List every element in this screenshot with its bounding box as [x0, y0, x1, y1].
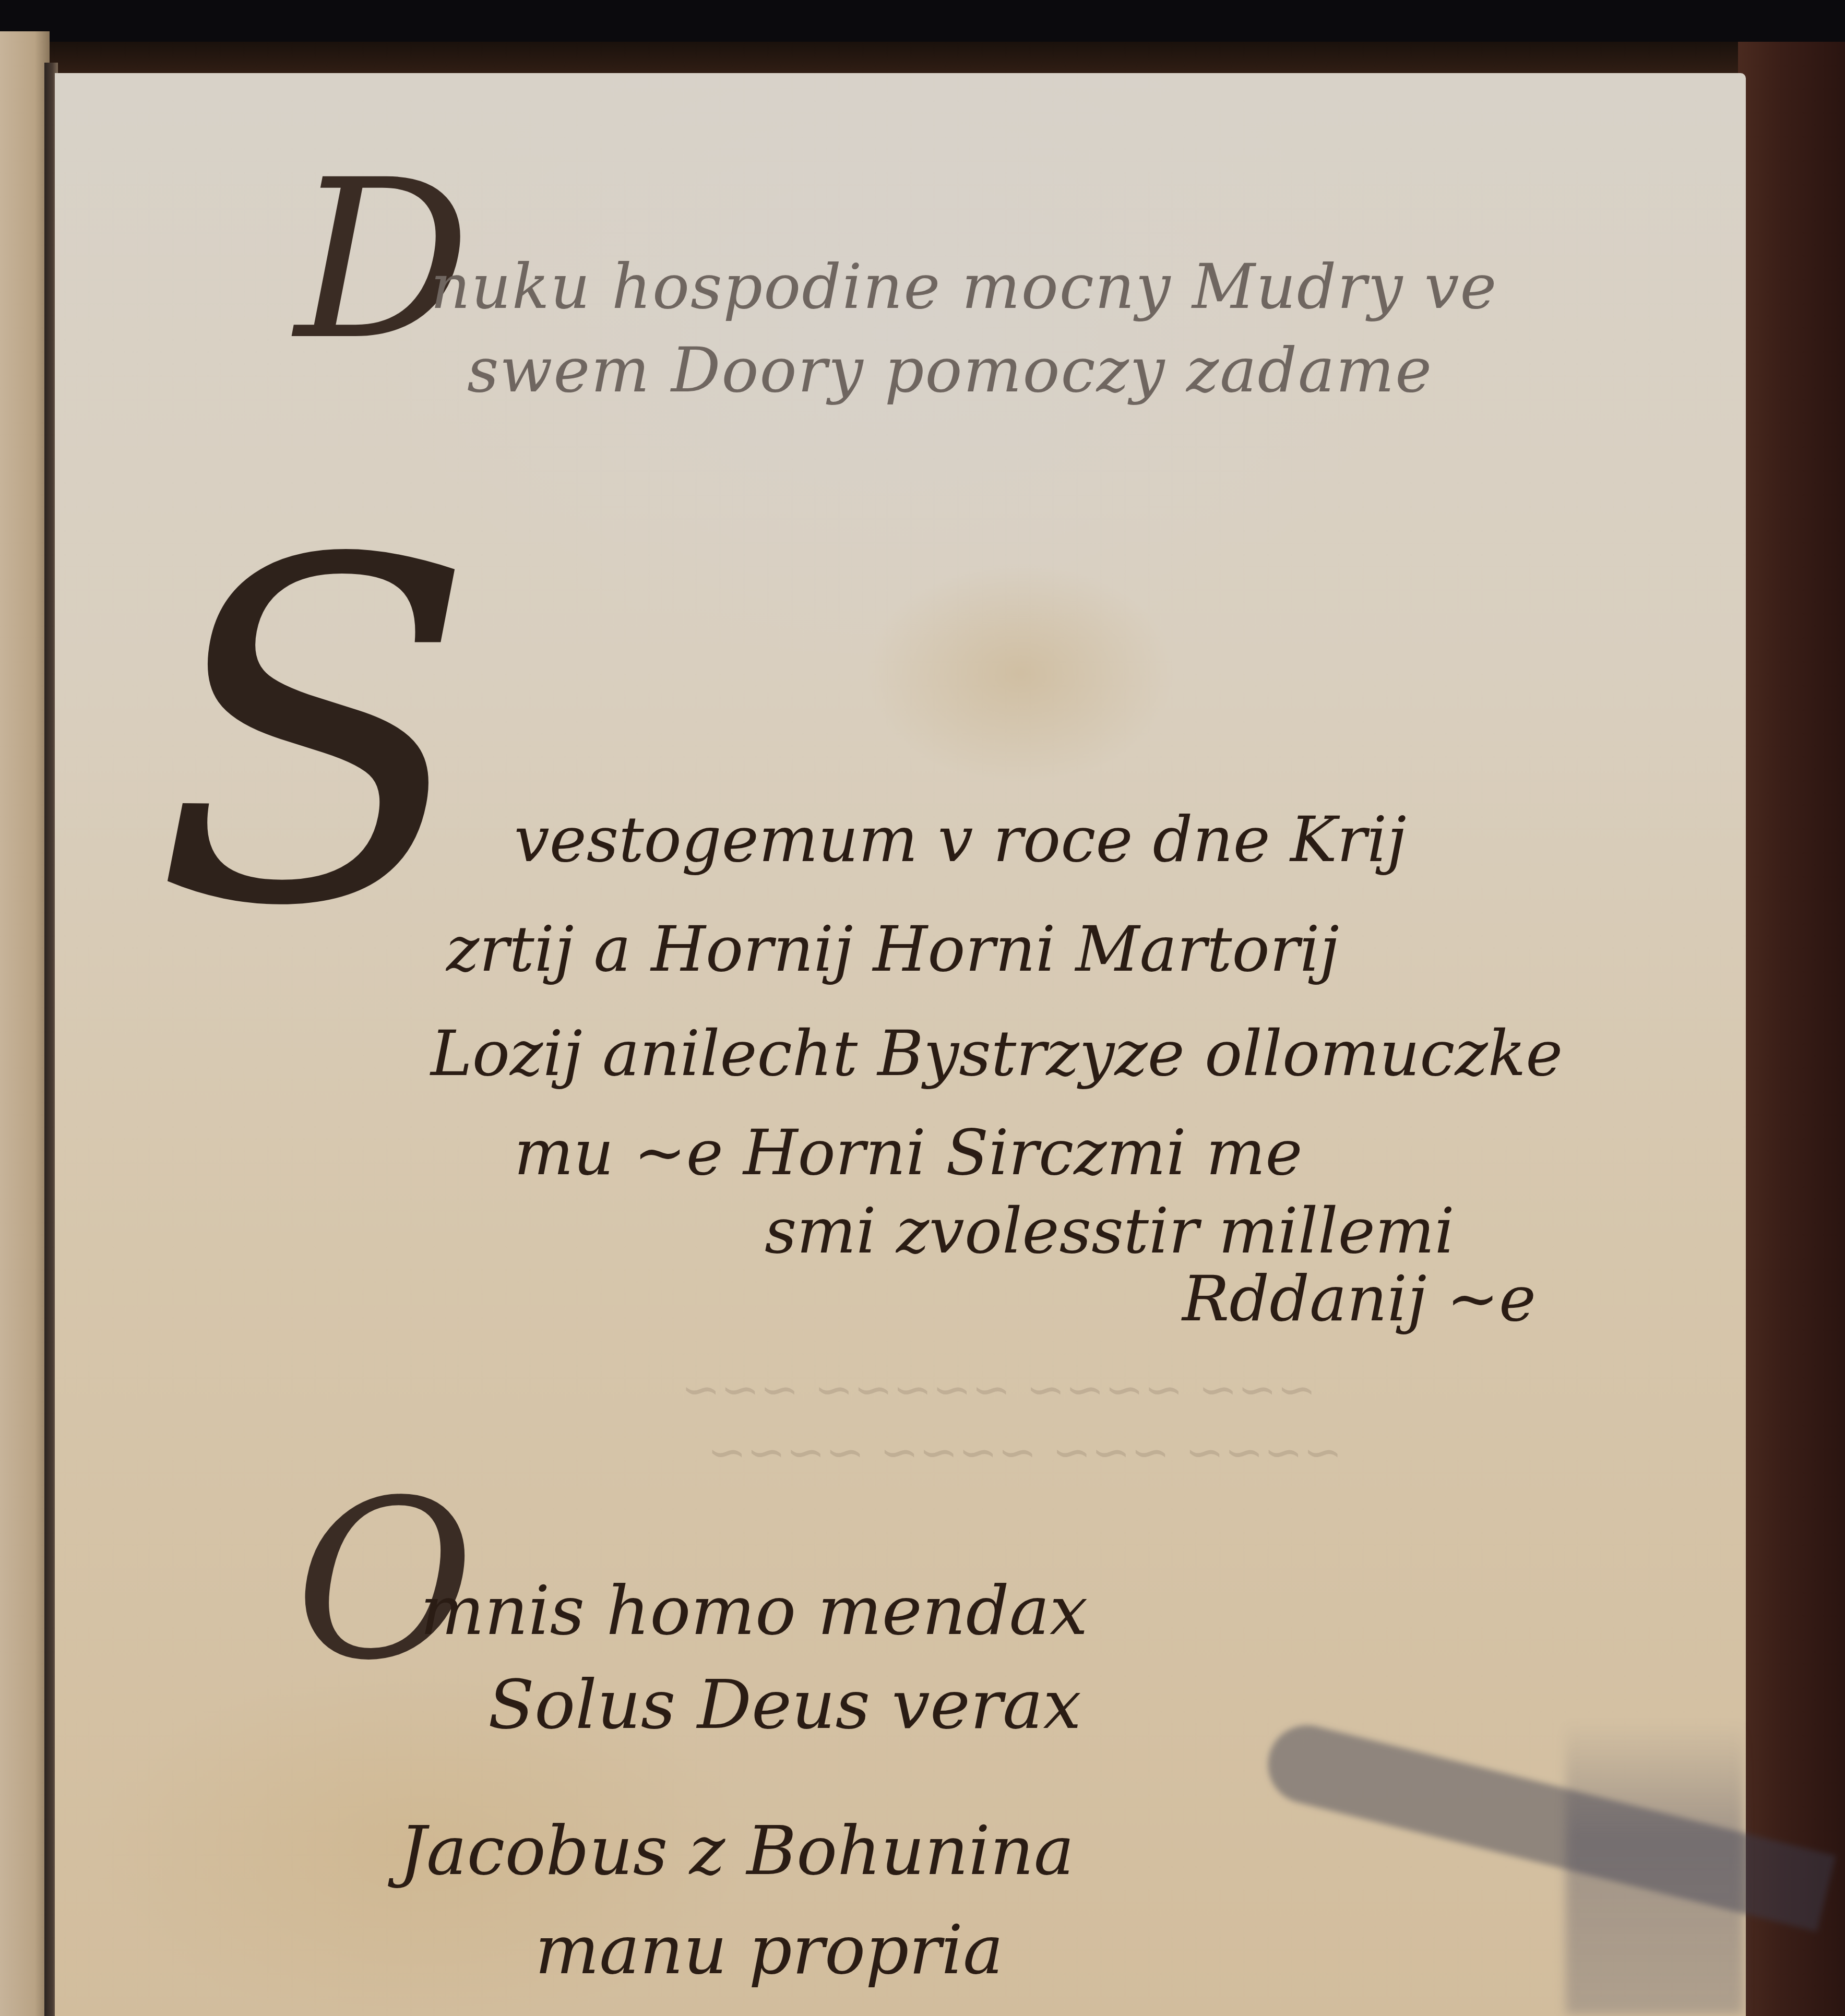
- bleed-through-text: ~~~~ ~~~ ~~~~ ~~~~: [707, 1425, 1342, 1480]
- book-cover-right-edge: [1738, 42, 1845, 2016]
- cast-shadow-lower: [1566, 1722, 1743, 2014]
- paragraph-line-2: zrtij a Hornij Horni Martorij: [446, 913, 1339, 986]
- paragraph-line-3: Lozij anilecht Bystrzyze ollomuczke: [431, 1018, 1563, 1090]
- facing-page-edge: [0, 31, 50, 2016]
- heading-line-2: swem Doory pomoczy zadame: [467, 334, 1433, 406]
- manuscript-page: ~~~ ~~~~ ~~~~~ ~~~ ~~~~ ~~~ ~~~~ ~~~~ D …: [55, 73, 1746, 2016]
- manuscript-photo: ~~~ ~~~~ ~~~~~ ~~~ ~~~~ ~~~ ~~~~ ~~~~ D …: [0, 0, 1845, 2016]
- signature-manu-propria: manu propria: [535, 1910, 1004, 1989]
- heading-line-1: nuku hospodine mocny Mudry ve: [431, 250, 1497, 323]
- signature-name: Jacobus z Bohunina: [399, 1811, 1074, 1890]
- paragraph-line-6: Rddanij ~e: [1182, 1263, 1536, 1335]
- bleed-through-text: ~~~ ~~~~ ~~~~~ ~~~: [681, 1362, 1316, 1417]
- paragraph-line-1: vestogemum v roce dne Krij: [514, 804, 1406, 876]
- paragraph-line-4: mu ~e Horni Sirczmi me: [514, 1117, 1303, 1189]
- motto-line-1: mnis homo mendax: [420, 1571, 1088, 1650]
- paragraph-line-5: smi zvolesstir millemi: [765, 1195, 1455, 1268]
- motto-line-2: Solus Deus verax: [488, 1665, 1081, 1744]
- paragraph-initial: S: [154, 501, 476, 971]
